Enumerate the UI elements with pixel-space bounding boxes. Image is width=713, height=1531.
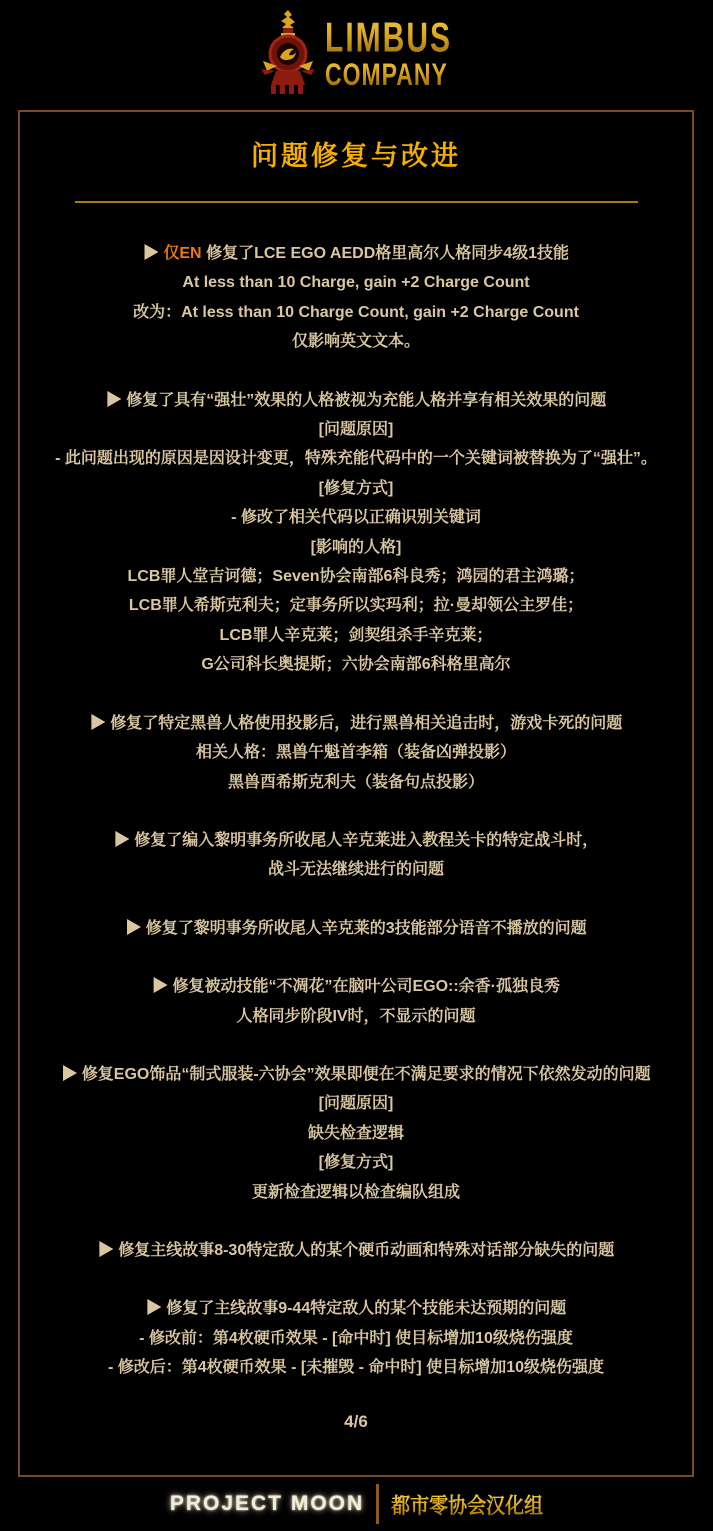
patch-note-line: ▶ 修复被动技能“不凋花”在脑叶公司EGO::余香·孤独良秀: [20, 972, 692, 1001]
patch-note-line: [修复方式]: [20, 1148, 692, 1177]
patch-note-block: ▶ 修复了主线故事9-44特定敌人的某个技能未达预期的问题- 修改前：第4枚硬币…: [20, 1294, 692, 1382]
patch-note-line: [修复方式]: [20, 474, 692, 503]
patch-note-line: ▶ 修复了特定黑兽人格使用投影后，进行黑兽相关追击时，游戏卡死的问题: [20, 709, 692, 738]
patch-note-line: 更新检查逻辑以检查编队组成: [20, 1178, 692, 1207]
patch-note-line: ▶ 修复了主线故事9-44特定敌人的某个技能未达预期的问题: [20, 1294, 692, 1323]
accent-text: 仅EN: [163, 245, 206, 262]
patch-note-line: LCB罪人堂吉诃德；Seven协会南部6科良秀；鸿园的君主鸿璐；: [20, 562, 692, 591]
logo-line-company: COMPANY: [325, 54, 452, 95]
page-indicator: 4/6: [20, 1407, 692, 1436]
patch-note-line: At less than 10 Charge, gain +2 Charge C…: [20, 268, 692, 297]
patch-note-line: ▶ 修复了编入黎明事务所收尾人辛克莱进入教程关卡的特定战斗时，: [20, 826, 692, 855]
limbus-emblem-icon: [261, 9, 315, 99]
localization-group-logo: 都市零协会汉化组: [391, 1488, 543, 1519]
patch-note-block: ▶ 仅EN 修复了LCE EGO AEDD格里高尔人格同步4级1技能At les…: [20, 239, 692, 357]
page-title: 问题修复与改进: [20, 138, 692, 174]
patch-note-line: ▶ 修复了具有“强壮”效果的人格被视为充能人格并享有相关效果的问题: [20, 386, 692, 415]
limbus-logo-text: LIMBUS COMPANY: [325, 19, 452, 89]
project-moon-logo: PROJECT MOON: [170, 1492, 364, 1516]
patch-note-line: 仅影响英文文本。: [20, 327, 692, 356]
patch-note-line: - 修改后：第4枚硬币效果 - [未摧毁 - 命中时] 使目标增加10级烧伤强度: [20, 1353, 692, 1382]
patch-note-block: ▶ 修复了黎明事务所收尾人辛克莱的3技能部分语音不播放的问题: [20, 914, 692, 943]
patch-note-block: ▶ 修复主线故事8-30特定敌人的某个硬币动画和特殊对话部分缺失的问题: [20, 1236, 692, 1265]
patch-note-block: ▶ 修复了具有“强壮”效果的人格被视为充能人格并享有相关效果的问题[问题原因]-…: [20, 386, 692, 680]
patch-note-line: ▶ 修复了黎明事务所收尾人辛克莱的3技能部分语音不播放的问题: [20, 914, 692, 943]
patch-note-line: - 修改前：第4枚硬币效果 - [命中时] 使目标增加10级烧伤强度: [20, 1324, 692, 1353]
patch-note-line: 黑兽酉希斯克利夫（装备句点投影）: [20, 768, 692, 797]
plain-text: 修复了LCE EGO AEDD格里高尔人格同步4级1技能: [206, 245, 569, 262]
patch-notes-panel: 问题修复与改进 ▶ 仅EN 修复了LCE EGO AEDD格里高尔人格同步4级1…: [18, 110, 694, 1477]
footer-divider: [376, 1484, 379, 1524]
patch-note-line: G公司科长奥提斯；六协会南部6科格里高尔: [20, 650, 692, 679]
patch-note-line: 人格同步阶段IV时，不显示的问题: [20, 1002, 692, 1031]
patch-note-line: 缺失检查逻辑: [20, 1119, 692, 1148]
patch-notes-body: ▶ 仅EN 修复了LCE EGO AEDD格里高尔人格同步4级1技能At les…: [20, 239, 692, 1383]
footer: PROJECT MOON 都市零协会汉化组: [0, 1477, 713, 1531]
patch-note-line: LCB罪人希斯克利夫；定事务所以实玛利；拉·曼却领公主罗佳；: [20, 591, 692, 620]
patch-note-line: ▶ 修复EGO饰品“制式服装-六协会”效果即便在不满足要求的情况下依然发动的问题: [20, 1060, 692, 1089]
patch-note-block: ▶ 修复了编入黎明事务所收尾人辛克莱进入教程关卡的特定战斗时，战斗无法继续进行的…: [20, 826, 692, 885]
patch-note-line: 相关人格：黑兽午魁首李箱（装备凶弹投影）: [20, 738, 692, 767]
patch-note-line: [影响的人格]: [20, 533, 692, 562]
patch-note-block: ▶ 修复EGO饰品“制式服装-六协会”效果即便在不满足要求的情况下依然发动的问题…: [20, 1060, 692, 1207]
patch-note-line: [问题原因]: [20, 1089, 692, 1118]
patch-note-line: LCB罪人辛克莱；剑契组杀手辛克莱；: [20, 621, 692, 650]
patch-note-line: [问题原因]: [20, 415, 692, 444]
patch-note-line: - 此问题出现的原因是因设计变更，特殊充能代码中的一个关键词被替换为了“强壮”。: [20, 444, 692, 473]
patch-note-line: 改为：At less than 10 Charge Count, gain +2…: [20, 298, 692, 327]
patch-note-line: ▶ 修复主线故事8-30特定敌人的某个硬币动画和特殊对话部分缺失的问题: [20, 1236, 692, 1265]
patch-notes-page: LIMBUS COMPANY 问题修复与改进 ▶ 仅EN 修复了LCE EGO …: [0, 0, 713, 1531]
patch-note-line: ▶ 仅EN 修复了LCE EGO AEDD格里高尔人格同步4级1技能: [20, 239, 692, 268]
title-divider: [75, 201, 638, 203]
patch-note-block: ▶ 修复被动技能“不凋花”在脑叶公司EGO::余香·孤独良秀人格同步阶段IV时，…: [20, 972, 692, 1031]
plain-text: ▶: [143, 245, 163, 262]
patch-note-line: - 修改了相关代码以正确识别关键词: [20, 503, 692, 532]
limbus-company-logo: LIMBUS COMPANY: [0, 6, 713, 102]
patch-note-line: 战斗无法继续进行的问题: [20, 855, 692, 884]
patch-note-block: ▶ 修复了特定黑兽人格使用投影后，进行黑兽相关追击时，游戏卡死的问题相关人格：黑…: [20, 709, 692, 797]
